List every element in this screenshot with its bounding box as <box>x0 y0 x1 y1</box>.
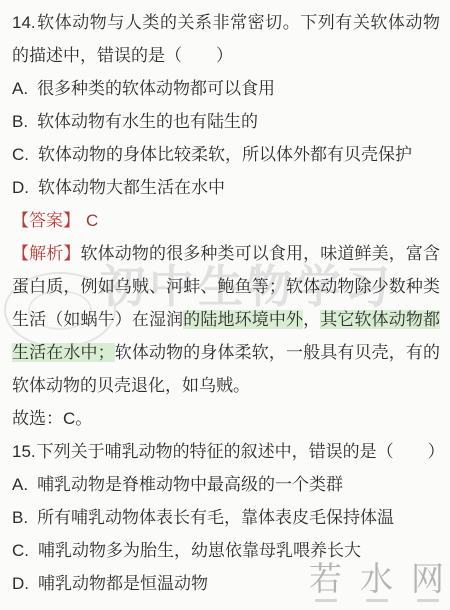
question-15-stem: 15.下列关于哺乳动物的特征的叙述中，错误的是（ ） <box>12 435 440 468</box>
question-14-stem: 14.软体动物与人类的关系非常密切。下列有关软体动物的描述中，错误的是（ ） <box>12 6 440 72</box>
exam-page: 14.软体动物与人类的关系非常密切。下列有关软体动物的描述中，错误的是（ ） A… <box>0 0 450 600</box>
question-15-stem-text: 下列关于哺乳动物的特征的叙述中，错误的是（ ） <box>37 442 440 461</box>
answer-label: 【答案】 <box>12 211 80 230</box>
analysis-paragraph: 【解析】软体动物的很多种类可以食用，味道鲜美，富含蛋白质，例如乌贼、河蚌、鲍鱼等… <box>12 237 440 402</box>
question-14-option-d: D.软体动物大都生活在水中 <box>12 171 440 204</box>
corner-watermark-glyph: 水 <box>360 562 393 596</box>
question-14-option-a: A.很多种类的软体动物都可以食用 <box>12 72 440 105</box>
question-14: 14.软体动物与人类的关系非常密切。下列有关软体动物的描述中，错误的是（ ） A… <box>12 6 440 435</box>
option-d-label: D. <box>12 178 29 197</box>
option-b-text: 软体动物有水生的也有陆生的 <box>37 112 258 131</box>
analysis-label: 【解析】 <box>12 244 81 263</box>
option-d-label: D. <box>12 574 29 593</box>
corner-watermark: 若 水 网 <box>309 562 444 602</box>
corner-watermark-glyph: 若 <box>309 562 342 596</box>
question-14-option-c: C.软体动物的身体比较柔软，所以体外都有贝壳保护 <box>12 138 440 171</box>
answer-value: C <box>86 211 98 230</box>
analysis-text: ， <box>303 310 320 329</box>
option-c-text: 哺乳动物多为胎生，幼崽依靠母乳喂养长大 <box>38 541 361 560</box>
option-d-text: 软体动物大都生活在水中 <box>38 178 225 197</box>
question-15-option-a: A.哺乳动物是脊椎动物中最高级的一个类群 <box>12 468 440 501</box>
corner-watermark-subtext-bar <box>366 599 388 602</box>
corner-watermark-subtext-bar <box>417 599 439 602</box>
option-c-label: C. <box>12 541 29 560</box>
question-15-number: 15. <box>12 442 36 461</box>
question-15-option-b: B.所有哺乳动物体表长有毛，靠体表皮毛保持体温 <box>12 501 440 534</box>
option-b-label: B. <box>12 112 28 131</box>
option-c-label: C. <box>12 145 29 164</box>
corner-watermark-char: 网 <box>411 562 444 602</box>
corner-watermark-glyph: 网 <box>411 562 444 596</box>
corner-watermark-subtext-bar <box>315 599 337 602</box>
analysis-body: 软体动物的很多种类可以食用，味道鲜美，富含蛋白质，例如乌贼、河蚌、鲍鱼等；软体动… <box>12 244 440 395</box>
question-14-option-b: B.软体动物有水生的也有陆生的 <box>12 105 440 138</box>
question-14-stem-text: 软体动物与人类的关系非常密切。下列有关软体动物的描述中，错误的是（ ） <box>12 13 440 65</box>
option-a-label: A. <box>12 475 28 494</box>
question-14-number: 14. <box>12 13 36 32</box>
option-d-text: 哺乳动物都是恒温动物 <box>38 574 208 593</box>
corner-watermark-char: 水 <box>360 562 393 602</box>
answer-line: 【答案】C <box>12 204 440 237</box>
option-b-label: B. <box>12 508 28 527</box>
option-a-text: 哺乳动物是脊椎动物中最高级的一个类群 <box>37 475 343 494</box>
option-b-text: 所有哺乳动物体表长有毛，靠体表皮毛保持体温 <box>37 508 394 527</box>
option-c-text: 软体动物的身体比较柔软，所以体外都有贝壳保护 <box>38 145 412 164</box>
corner-watermark-char: 若 <box>309 562 342 602</box>
conclusion-line: 故选：C。 <box>12 402 440 435</box>
analysis-highlighted-text: 的陆地环境中外 <box>183 310 303 329</box>
option-a-text: 很多种类的软体动物都可以食用 <box>37 79 275 98</box>
option-a-label: A. <box>12 79 28 98</box>
